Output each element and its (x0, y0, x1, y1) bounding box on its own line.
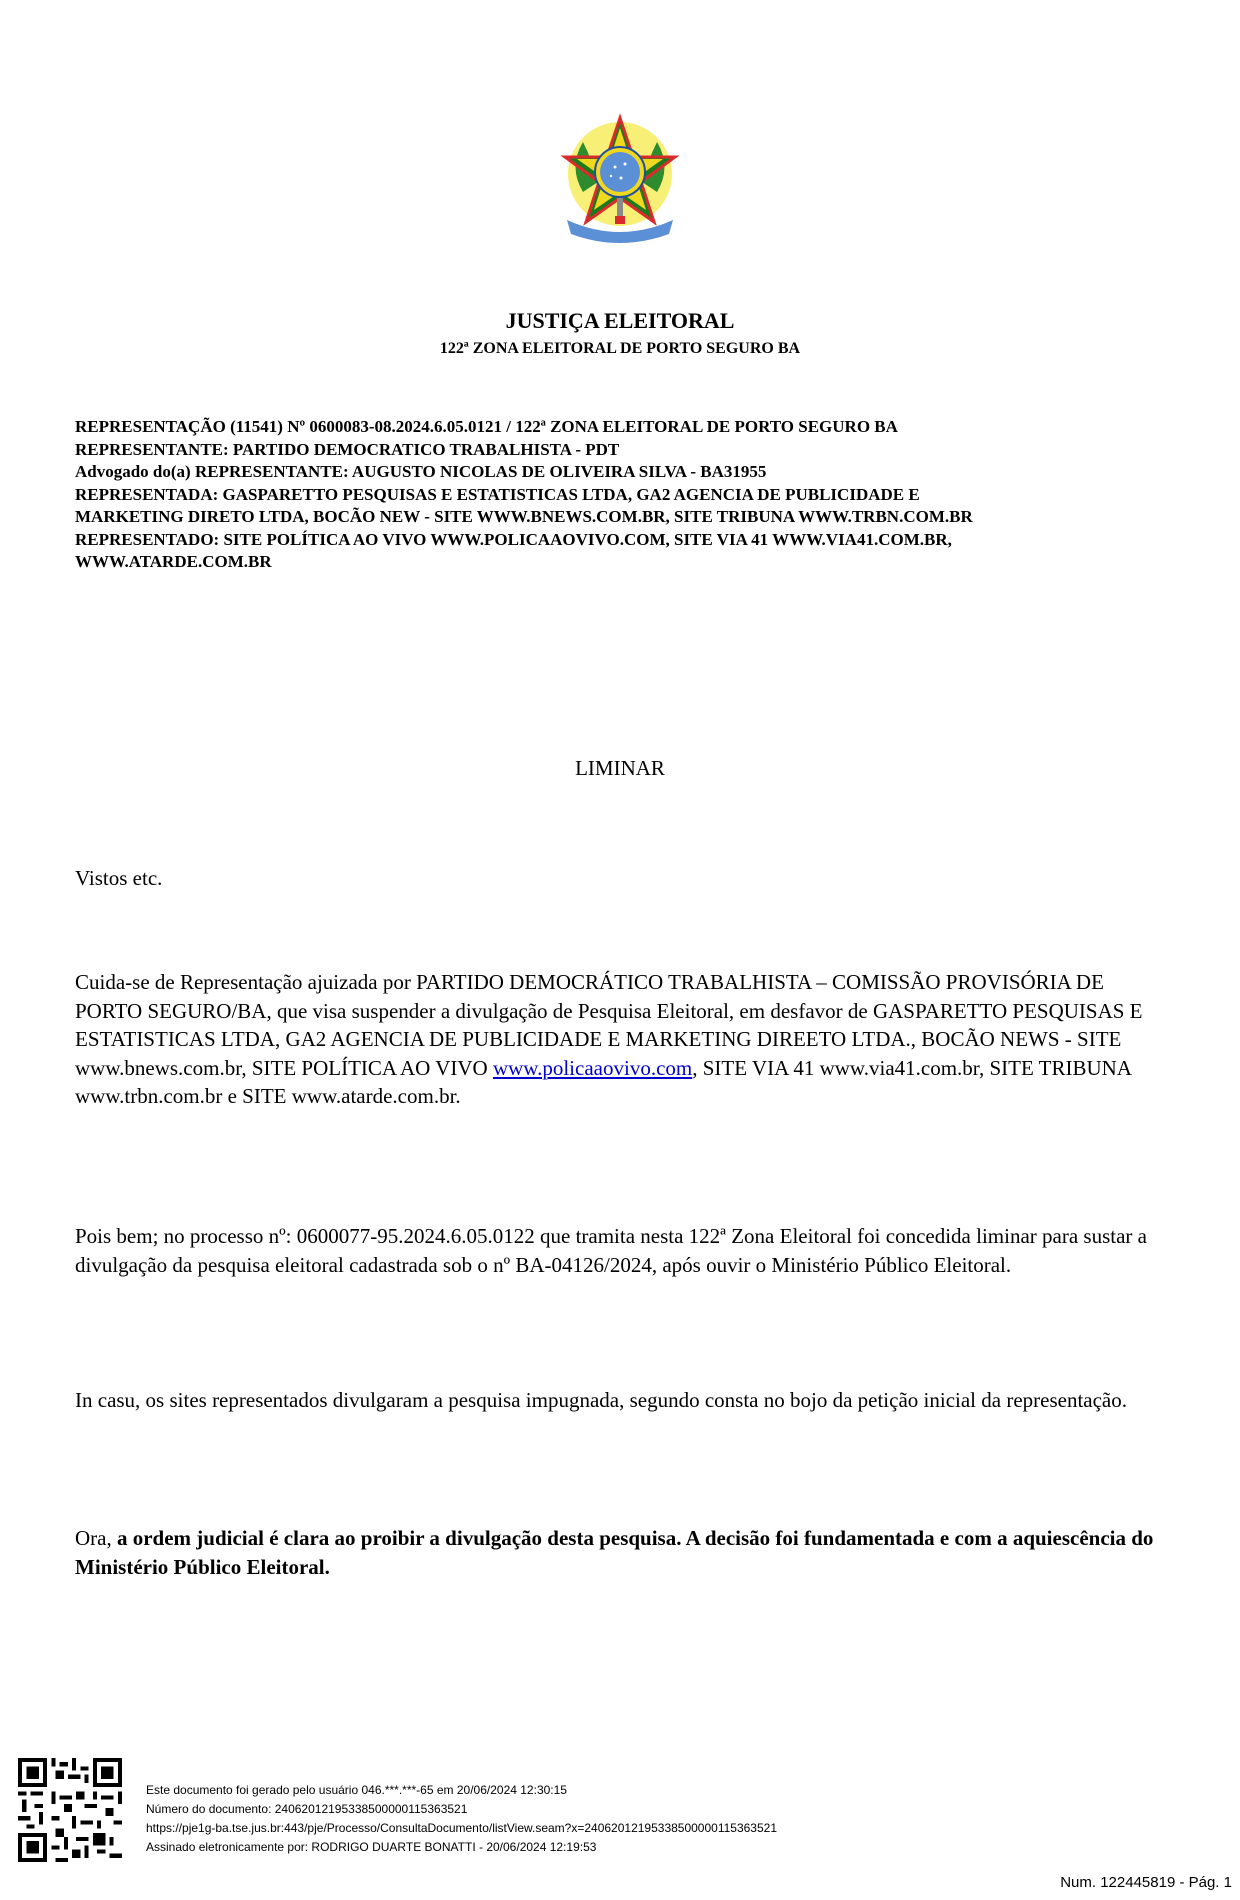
paragraph-summary: Cuida-se de Representação ajuizada por P… (75, 968, 1170, 1111)
paragraph-conclusion-bold: a ordem judicial é clara ao proibir a di… (75, 1526, 1153, 1579)
paragraph-in-casu: In casu, os sites representados divulgar… (75, 1386, 1170, 1415)
document-heading: LIMINAR (0, 756, 1240, 781)
paragraph-conclusion-lead: Ora, (75, 1526, 117, 1550)
defendant-2-line: REPRESENTADO: SITE POLÍTICA AO VIVO WWW.… (75, 529, 1165, 552)
electoral-zone: 122ª ZONA ELEITORAL DE PORTO SEGURO BA (0, 340, 1240, 358)
policaaovivo-link[interactable]: www.policaaovivo.com (493, 1056, 692, 1080)
defendant-line-cont: MARKETING DIRETO LTDA, BOCÃO NEW - SITE … (75, 506, 1165, 529)
document-number: Número do documento: 2406201219533850000… (146, 1800, 777, 1819)
generated-by: Este documento foi gerado pelo usuário 0… (146, 1781, 777, 1800)
defendant-line: REPRESENTADA: GASPARETTO PESQUISAS E EST… (75, 484, 1165, 507)
paragraph-conclusion: Ora, a ordem judicial é clara ao proibir… (75, 1524, 1170, 1581)
signed-by: Assinado eletronicamente por: RODRIGO DU… (146, 1838, 777, 1857)
paragraph-vistos: Vistos etc. (75, 864, 1170, 893)
document-url[interactable]: https://pje1g-ba.tse.jus.br:443/pje/Proc… (146, 1819, 777, 1838)
signature-footer: Este documento foi gerado pelo usuário 0… (146, 1781, 777, 1857)
brazil-coat-of-arms-icon (553, 112, 687, 246)
court-title: JUSTIÇA ELEITORAL (0, 308, 1240, 334)
defendant-2-line-cont: WWW.ATARDE.COM.BR (75, 551, 1165, 574)
lawyer-line: Advogado do(a) REPRESENTANTE: AUGUSTO NI… (75, 461, 1165, 484)
paragraph-precedent: Pois bem; no processo nº: 0600077-95.202… (75, 1222, 1170, 1279)
case-info: REPRESENTAÇÃO (11541) Nº 0600083-08.2024… (75, 416, 1165, 574)
plaintiff-line: REPRESENTANTE: PARTIDO DEMOCRATICO TRABA… (75, 439, 1165, 462)
case-number-line: REPRESENTAÇÃO (11541) Nº 0600083-08.2024… (75, 416, 1165, 439)
qr-code-icon[interactable] (18, 1758, 122, 1862)
page-number: Num. 122445819 - Pág. 1 (1060, 1874, 1232, 1891)
